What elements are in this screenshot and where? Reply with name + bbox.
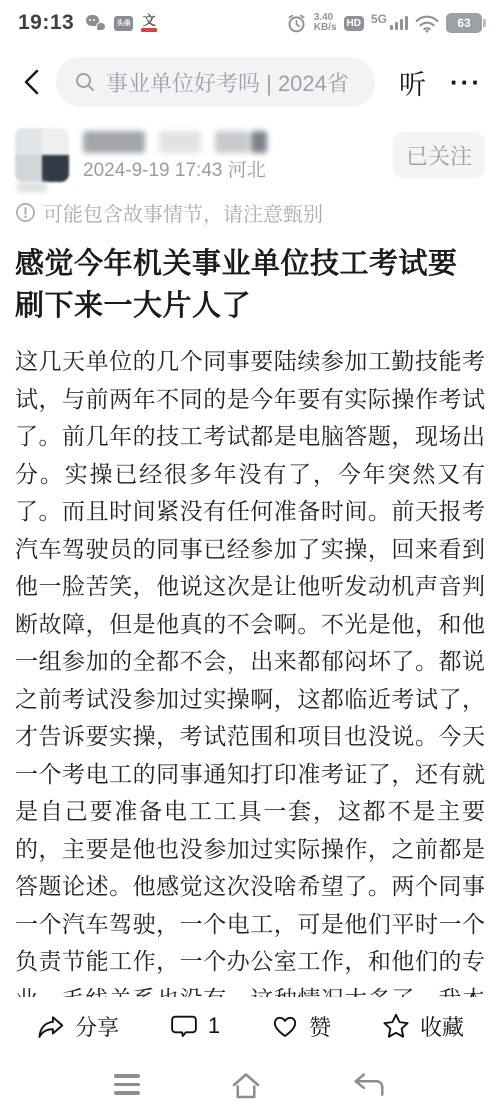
cellular-signal-icon: 5G bbox=[371, 16, 408, 30]
status-right-cluster: 3.40 KB/s HD 5G 63 bbox=[286, 13, 482, 34]
notice-text: 可能包含故事情节，请注意甄别 bbox=[43, 198, 323, 227]
comment-icon bbox=[169, 1011, 199, 1041]
content-notice: 可能包含故事情节，请注意甄别 bbox=[15, 198, 485, 227]
body-text-line: 一个考电工的同事通知打印准考证了，还有就 bbox=[15, 756, 485, 794]
body-text-line: 试，与前两年不同的是今年要有实际操作考试 bbox=[15, 381, 485, 419]
followed-button[interactable]: 已关注 bbox=[393, 132, 485, 178]
alarm-clock-icon bbox=[286, 13, 307, 34]
article-content[interactable]: 2024-9-19 17:43 河北 已关注 可能包含故事情节，请注意甄别 感觉… bbox=[0, 118, 500, 997]
nav-back-icon[interactable] bbox=[352, 1070, 386, 1100]
body-text-line: 负责节能工作，一个办公室工作，和他们的专 bbox=[15, 943, 485, 981]
post-title: 感觉今年机关事业单位技工考试要刷下来一大片人了 bbox=[15, 243, 485, 327]
body-text-line: 汽车驾驶员的同事已经参加了实操，回来看到 bbox=[15, 531, 485, 569]
heart-icon bbox=[270, 1011, 300, 1041]
body-text-line: 这几天单位的几个同事要陆续参加工勤技能考 bbox=[15, 343, 485, 381]
listen-button[interactable]: 听 bbox=[399, 63, 426, 102]
hd-badge: HD bbox=[344, 16, 364, 31]
recents-menu-icon[interactable] bbox=[114, 1074, 140, 1095]
body-text-line: 的，主要是他也没参加过实际操作，之前都是 bbox=[15, 831, 485, 869]
body-text-line: 他一脸苦笑，他说这次是让他听发动机声音判 bbox=[15, 568, 485, 606]
share-icon bbox=[36, 1011, 66, 1041]
favorite-label: 收藏 bbox=[420, 1011, 464, 1042]
blur-fragment bbox=[17, 182, 47, 192]
author-name-redacted bbox=[83, 129, 393, 155]
share-label: 分享 bbox=[75, 1011, 119, 1042]
post-body: 这几天单位的几个同事要陆续参加工勤技能考试，与前两年不同的是今年要有实际操作考试… bbox=[15, 343, 485, 997]
doc-icon: 文 bbox=[141, 14, 157, 32]
search-icon bbox=[74, 71, 96, 93]
home-icon[interactable] bbox=[228, 1068, 264, 1102]
body-text-line: 分。实操已经很多年没有了，今年突然又有 bbox=[15, 456, 485, 494]
info-alert-icon bbox=[15, 202, 36, 223]
notification-icons: 头条 文 bbox=[86, 14, 157, 32]
more-menu-button[interactable]: ··· bbox=[450, 67, 482, 98]
star-icon bbox=[381, 1011, 411, 1041]
body-text-line: 了。而且时间紧没有任何准备时间。前天报考 bbox=[15, 493, 485, 531]
body-text-line: 业，毛线关系也没有，这种情况太多了，我本 bbox=[15, 981, 485, 998]
comment-button[interactable]: 1 bbox=[169, 1011, 220, 1041]
wechat-icon bbox=[86, 15, 106, 31]
network-speed: 3.40 KB/s bbox=[314, 13, 337, 33]
header-bar: 事业单位好考吗 | 2024省 听 ··· bbox=[0, 46, 500, 118]
comment-count: 1 bbox=[208, 1013, 220, 1039]
author-row: 2024-9-19 17:43 河北 已关注 bbox=[15, 128, 485, 182]
body-text-line: 了。前几年的技工考试都是电脑答题，现场出 bbox=[15, 418, 485, 456]
body-text-line: 一组参加的全都不会，出来都郁闷坏了。都说 bbox=[15, 643, 485, 681]
body-text-line: 答题论述。他感觉这次没啥希望了。两个同事 bbox=[15, 868, 485, 906]
author-info: 2024-9-19 17:43 河北 bbox=[83, 129, 393, 182]
body-text-line: 是自己要准备电工工具一套，这都不是主要 bbox=[15, 793, 485, 831]
like-label: 赞 bbox=[309, 1011, 331, 1042]
clock-time: 19:13 bbox=[18, 11, 74, 35]
body-text-line: 断故障，但是他真的不会啊。不光是他，和他 bbox=[15, 606, 485, 644]
favorite-button[interactable]: 收藏 bbox=[381, 1011, 464, 1042]
post-meta: 2024-9-19 17:43 河北 bbox=[83, 160, 266, 181]
action-bar: 分享 1 赞 收藏 bbox=[0, 997, 500, 1055]
wifi-icon bbox=[415, 14, 439, 33]
avatar[interactable] bbox=[15, 128, 69, 182]
body-text-line: 之前考试没参加过实操啊，这都临近考试了， bbox=[15, 681, 485, 719]
battery-indicator: 63 bbox=[446, 13, 482, 33]
body-text-line: 一个汽车驾驶，一个电工，可是他们平时一个 bbox=[15, 906, 485, 944]
network-type: 5G bbox=[371, 12, 387, 26]
search-query-text: 事业单位好考吗 | 2024省 bbox=[106, 67, 349, 98]
status-bar: 19:13 头条 文 3.40 KB/s HD 5G bbox=[0, 0, 500, 46]
back-button[interactable] bbox=[18, 67, 48, 97]
app-screen: 19:13 头条 文 3.40 KB/s HD 5G bbox=[0, 0, 500, 1114]
share-button[interactable]: 分享 bbox=[36, 1011, 119, 1042]
android-nav-bar bbox=[0, 1055, 500, 1114]
body-text-line: 才告诉要实操，考试范围和项目也没说。今天 bbox=[15, 718, 485, 756]
like-button[interactable]: 赞 bbox=[270, 1011, 331, 1042]
search-input[interactable]: 事业单位好考吗 | 2024省 bbox=[56, 57, 375, 107]
toutiao-icon: 头条 bbox=[114, 16, 133, 31]
